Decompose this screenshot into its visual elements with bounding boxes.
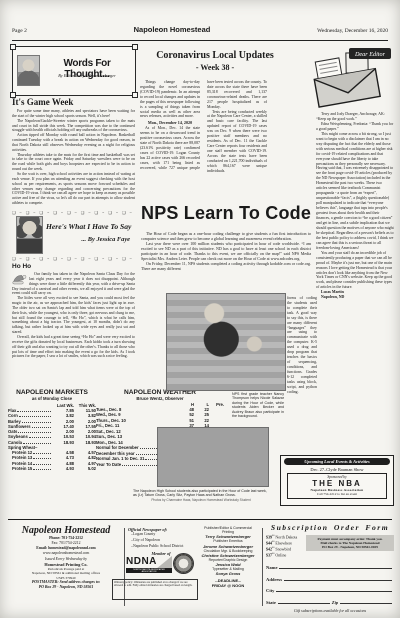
paragraph: Thursday athletes take to the mats for t… bbox=[12, 153, 135, 172]
column-title: Here's What I Have To Say bbox=[46, 222, 132, 231]
dear-editor-graphic: Dear Editor bbox=[299, 47, 393, 109]
events-sponsor-box: Sponsored by THE NBA Napoleon Business A… bbox=[287, 473, 387, 499]
ndna-logo: NDNA NORTH DAKOTA NEWSPAPER ASSOCIATION bbox=[126, 556, 172, 575]
header-rule bbox=[12, 40, 388, 41]
markets-table: NAPOLEON MARKETS as of Monday Close Last… bbox=[8, 389, 96, 471]
santa-hat-icon bbox=[12, 273, 27, 286]
heres-what-box: ❏ ~ ❏ ~ ❏ ~ ❏ ~ ❏ ~ ❏ ~ ❏ ~ ❏ ~ ❏ ~ ❏ He… bbox=[12, 210, 134, 261]
colophon: Napoleon Homestead Phone: 701-754-2212 F… bbox=[10, 525, 122, 591]
market-row: Protein 15 4.93 5.02 bbox=[8, 466, 96, 471]
address-blank-line bbox=[284, 575, 392, 581]
name-blank-line bbox=[279, 563, 392, 569]
name-label: Name bbox=[266, 565, 277, 570]
dot-leader bbox=[19, 416, 51, 417]
corona-body: Things change day-to-day regarding the n… bbox=[140, 80, 267, 196]
column-byline: ... By Jessica Faye bbox=[46, 236, 130, 243]
letters-column: Terry and Jody Draeger, Anchorage, AK: “… bbox=[316, 112, 394, 452]
subscription-rates: $3900 North Dakota $4400 Elsewhere $4200… bbox=[266, 534, 306, 559]
staff-name: Jerome Schwartzenberger bbox=[198, 544, 258, 549]
dot-leader bbox=[23, 443, 51, 444]
events-box: Upcoming Local Events & Activities Dec. … bbox=[280, 455, 394, 506]
photo-credit: Photos by Charmaine Haas, Napoleon Homes… bbox=[133, 499, 269, 503]
subscription-title: Subscription Order Form bbox=[266, 523, 394, 532]
article-game-week: It's Game Week For quite some time many,… bbox=[12, 97, 135, 206]
city-blank-line bbox=[276, 586, 392, 592]
nba-name: THE NBA bbox=[288, 479, 386, 488]
classroom-photo-2 bbox=[158, 428, 268, 486]
nba-call-line: Call 754-2212 to list an event bbox=[288, 492, 386, 496]
paragraph: The littles were all very excited to see… bbox=[12, 296, 135, 335]
paragraph: For quite some time many, athletes and s… bbox=[12, 109, 135, 119]
this-week-price: 5.02 bbox=[74, 466, 96, 471]
zip-blank-line bbox=[340, 598, 392, 604]
last-week-price: 18.93 bbox=[52, 440, 74, 445]
summary-label: Year To Date bbox=[96, 462, 121, 467]
commodity-name: Protein 15 bbox=[8, 466, 32, 471]
dot-leader bbox=[33, 469, 51, 470]
staff-entries: Publisher/Editor & Commercial Printing T… bbox=[198, 526, 258, 576]
letter-signature-place: Napoleon, ND bbox=[316, 295, 394, 300]
subscription-rate: $3700 Online bbox=[266, 552, 306, 558]
letter-paragraph: You and your staff do an incredible job … bbox=[316, 251, 394, 291]
city-field-row: City bbox=[266, 586, 394, 593]
paper-name-header: Napoleon Homestead bbox=[134, 25, 211, 34]
photo2-caption: The Napoleon High School students also p… bbox=[133, 489, 269, 503]
staff-entry: Typesetter & Mailing Sonya Gross bbox=[198, 567, 258, 576]
staff-entry: Publisher/Editor & Commercial Printing T… bbox=[198, 526, 258, 539]
nps-body: The Hour of Code began as a one-hour cod… bbox=[141, 231, 311, 292]
state-zip-field-row: State Zip bbox=[266, 598, 394, 605]
masthead-divider bbox=[262, 528, 263, 606]
staff-name: Sonya Gross bbox=[198, 571, 258, 576]
rate-label: North Dakota bbox=[275, 534, 297, 539]
corona-dateline: Mon., December 14, 2020 bbox=[140, 120, 200, 125]
paragraph: Our family has taken in the Napoleon San… bbox=[12, 272, 135, 296]
obituary-policy-note: Obituary policy: Obituaries are publishe… bbox=[112, 579, 198, 600]
staff-entry: Circulation Mgr. & Bookkeeping Christine… bbox=[198, 549, 258, 558]
association-seal-icon bbox=[174, 554, 193, 573]
markets-subtitle: as of Monday Close bbox=[8, 396, 96, 401]
dot-leader bbox=[33, 464, 51, 465]
subscription-form: Subscription Order Form $3900 North Dako… bbox=[266, 523, 394, 613]
weather-title: NAPOLEON WEATHER bbox=[96, 389, 224, 396]
letter-quick: Edna Weispfenning, Fredonia: “Thank you … bbox=[316, 122, 394, 132]
state-label: State bbox=[266, 600, 276, 605]
colophon-paper-name: Napoleon Homestead bbox=[10, 525, 122, 536]
letter-paragraph: This might come across a bit strong, so … bbox=[316, 132, 394, 251]
photo2-caption-text: The Napoleon High School students also p… bbox=[133, 489, 267, 497]
paragraph: Action tipped off Monday with round ball… bbox=[12, 133, 135, 152]
masthead-rule bbox=[8, 519, 392, 520]
last-week-price: 4.93 bbox=[52, 466, 74, 471]
dot-leader bbox=[17, 411, 51, 412]
paragraph: Overall, the kids had a great time seein… bbox=[12, 335, 135, 359]
payment-line: PO Box 29 - Napoleon, ND 58561-0029 bbox=[307, 545, 393, 549]
address-label: Address bbox=[266, 577, 282, 582]
decorative-border-bottom: ❏ ~ ❏ ~ ❏ ~ ❏ ~ ❏ ~ ❏ ~ ❏ ~ ❏ ~ ❏ ~ ❏ bbox=[12, 256, 134, 261]
deadline-time: FRIDAY @ NOON bbox=[198, 583, 258, 588]
issue-date: Wednesday, December 16, 2020 bbox=[317, 28, 388, 34]
events-title: Upcoming Local Events & Activities bbox=[284, 458, 390, 465]
dot-leader bbox=[18, 432, 51, 433]
this-week-price: 18.93 bbox=[74, 440, 96, 445]
classroom-photo-1 bbox=[167, 294, 285, 390]
rate-label: Snowbird bbox=[275, 547, 291, 552]
market-row: Canola 18.93 18.93 bbox=[8, 440, 96, 445]
postmaster-address: PO Box 29 - Napoleon, ND 58561 bbox=[10, 585, 122, 590]
staff-entry: Reporter/Graphic Design Jessica Wald bbox=[198, 558, 258, 567]
paragraph: Things change day-to-day regarding the n… bbox=[140, 80, 200, 119]
ndna-subtext: NORTH DAKOTA NEWSPAPER ASSOCIATION bbox=[126, 568, 172, 573]
paragraph: The Hour of Code began as a one-hour cod… bbox=[141, 231, 311, 241]
official-newspaper-block: Official Newspaper of: –Logan County –Ci… bbox=[128, 527, 194, 556]
columnist-headshot-photo bbox=[17, 217, 42, 253]
dot-leader bbox=[32, 427, 51, 428]
dear-editor-label: Dear Editor bbox=[354, 51, 386, 58]
staff-role: Publisher/Editor & Commercial Printing bbox=[198, 526, 258, 534]
dot-leader bbox=[22, 422, 51, 423]
frame-corner-icon bbox=[10, 44, 16, 50]
dot-leader bbox=[33, 458, 51, 459]
state-blank-line bbox=[278, 598, 330, 604]
city-label: City bbox=[266, 588, 274, 593]
paragraph: On Friday, December 11, NPS students com… bbox=[141, 261, 311, 271]
markets-title: NAPOLEON MARKETS bbox=[8, 389, 96, 396]
events-item: Dec. 27–Clyde Bauman Show bbox=[281, 467, 393, 472]
corona-subhead: - Week 38 - bbox=[140, 63, 290, 72]
paragraph: Last year there were over 100 million st… bbox=[141, 241, 311, 261]
rate-label: Online bbox=[275, 553, 286, 558]
paragraph: Tests are being conducted weekly at the … bbox=[207, 110, 267, 174]
staff-entry: Publisher Emeritus Jerome Schwartzenberg… bbox=[198, 539, 258, 548]
photo1-caption: NPS first grade teacher Nancy Thompson h… bbox=[232, 392, 284, 418]
dot-leader bbox=[33, 453, 51, 454]
weather-observer: Bruce Wentz, Observer bbox=[96, 396, 224, 401]
markets-rows: Flax 7.85 11.50 Corn 3.82 3.82 Barley 2.… bbox=[8, 408, 96, 445]
corona-headline: Coronavirus Local Updates bbox=[140, 50, 290, 61]
official-items: –Logan County –City of Napoleon –Napoleo… bbox=[128, 532, 194, 550]
address-field-row: Address bbox=[266, 575, 394, 582]
paragraph: The Napoleon/Gackle-Streeter winter spor… bbox=[12, 119, 135, 134]
ndna-wordmark: NDNA bbox=[126, 556, 157, 567]
zip-label: Zip bbox=[332, 600, 338, 605]
column-byline: By Editor Terry Schwartzenberger bbox=[43, 73, 131, 78]
nps-headline: NPS Learn To Code bbox=[141, 203, 313, 224]
words-for-thought-box: Words For Thought... By Editor Terry Sch… bbox=[12, 46, 136, 96]
staff-block: Publisher/Editor & Commercial Printing T… bbox=[198, 526, 258, 588]
article-title: It's Game Week bbox=[12, 97, 135, 107]
wheat-rows: Protein 12 4.58 4.57 Protein 13 4.73 4.8… bbox=[8, 450, 96, 471]
editor-headshot-photo bbox=[18, 56, 39, 85]
page-number: Page 2 bbox=[12, 28, 27, 34]
frame-corner-icon bbox=[132, 44, 138, 50]
rate-label: Elsewhere bbox=[275, 540, 292, 545]
article-ho-ho: Our family has taken in the Napoleon San… bbox=[12, 272, 135, 389]
paragraph: So the wait is over, high school activit… bbox=[12, 172, 135, 206]
letter-quick: Terry and Jody Draeger, Anchorage, AK: “… bbox=[316, 112, 394, 122]
name-field-row: Name bbox=[266, 563, 394, 570]
gift-subscriptions-note: Gift subscriptions available for all occ… bbox=[266, 608, 394, 613]
decorative-border-top: ❏ ~ ❏ ~ ❏ ~ ❏ ~ ❏ ~ ❏ ~ ❏ ~ ❏ ~ ❏ ~ ❏ bbox=[12, 210, 134, 215]
official-item: –Napoleon Public School District bbox=[128, 544, 194, 550]
article-title: Ho Ho bbox=[12, 263, 31, 270]
commodity-name: Canola bbox=[8, 440, 22, 445]
payment-note-box: Payment must accompany order. Thank you.… bbox=[306, 535, 394, 551]
dot-leader bbox=[29, 437, 51, 438]
page-header: Page 2 Napoleon Homestead Wednesday, Dec… bbox=[12, 25, 388, 34]
